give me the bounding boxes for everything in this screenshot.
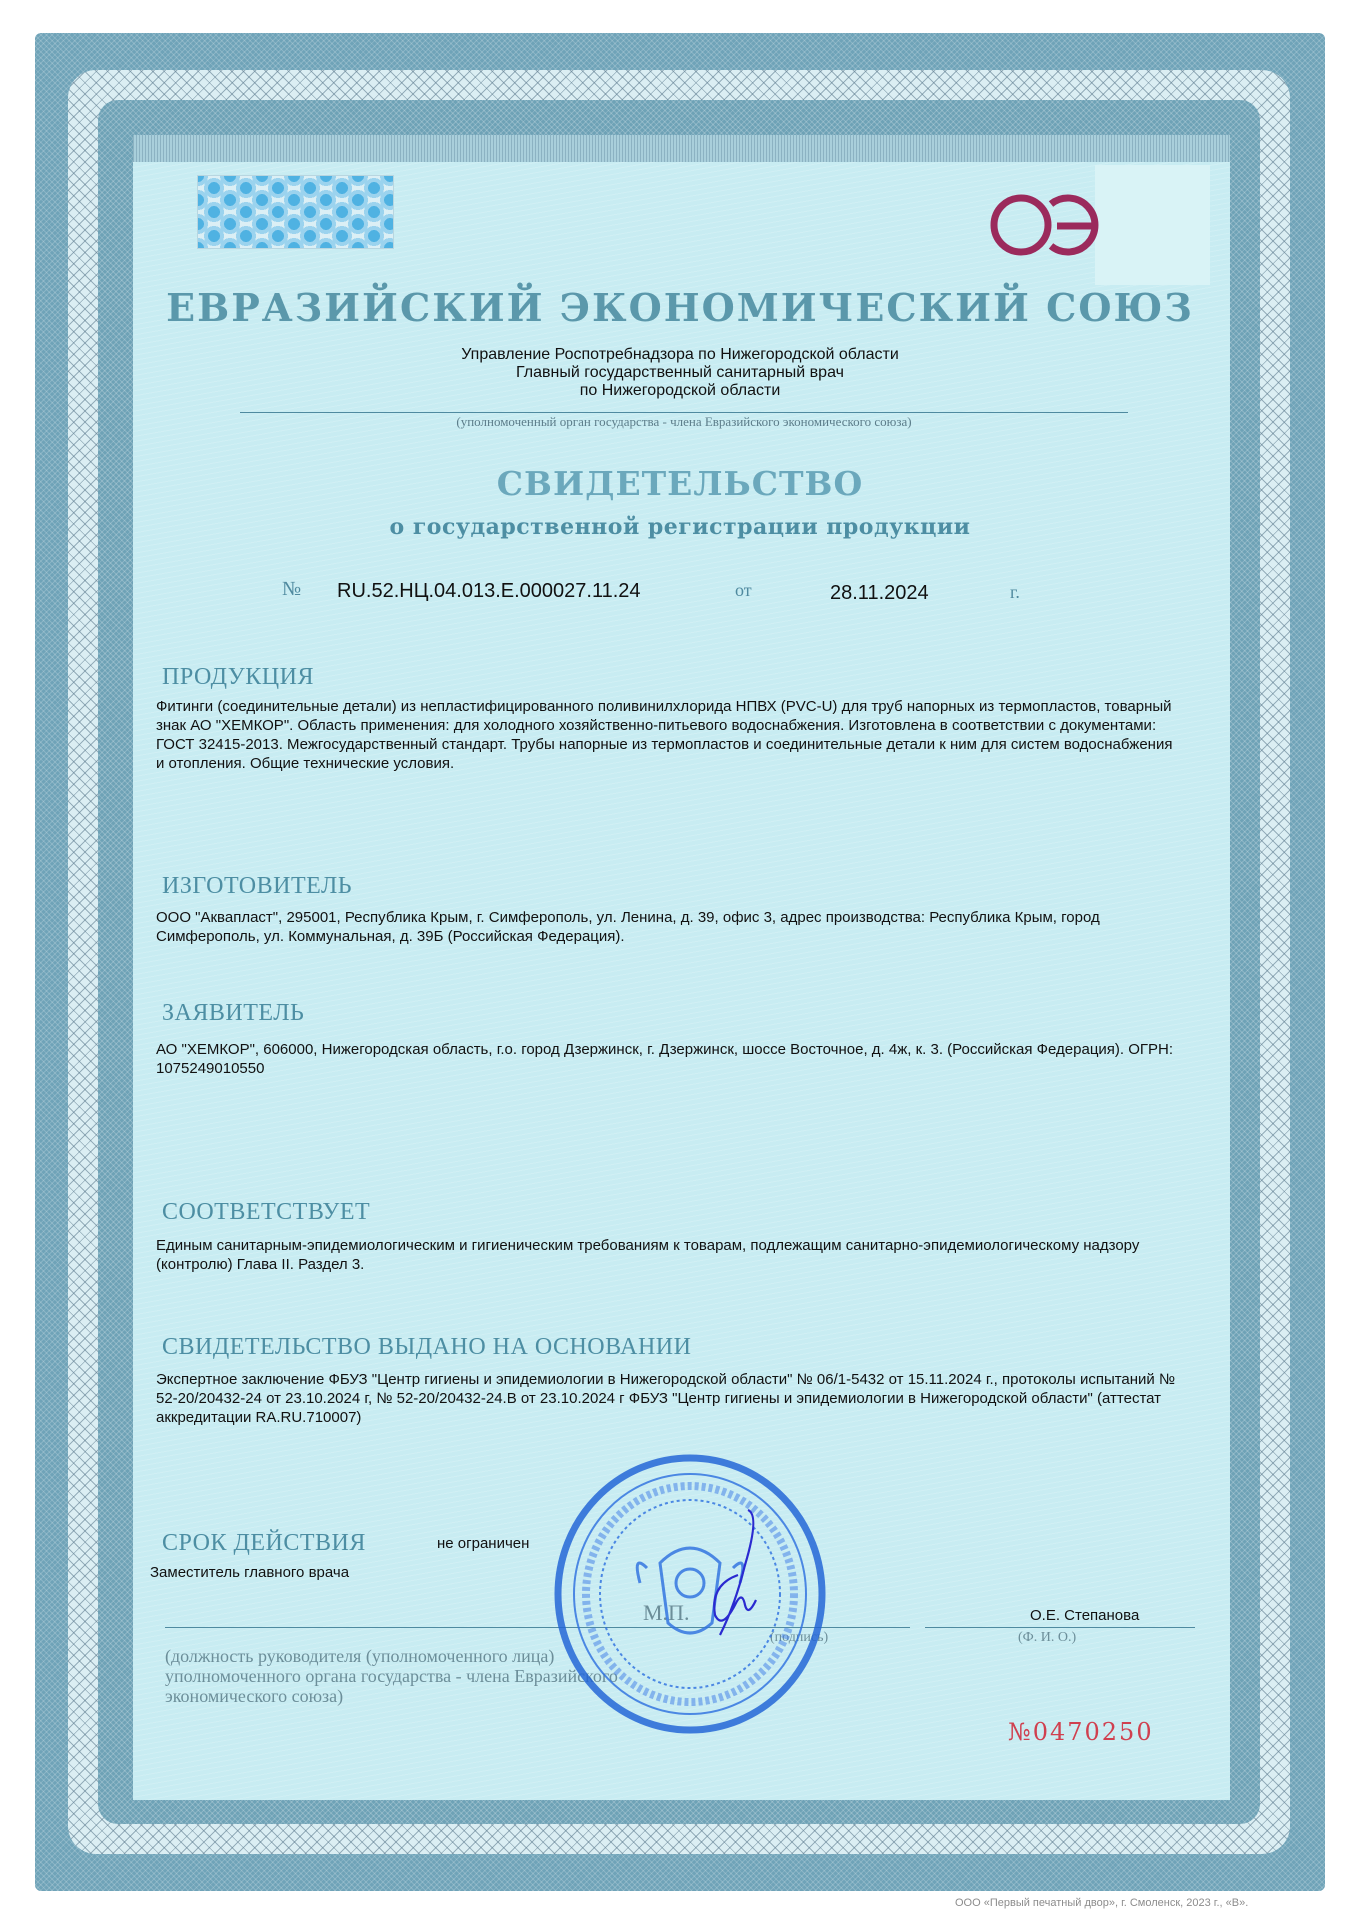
certificate-title: СВИДЕТЕЛЬСТВО [140,464,1220,503]
section-heading-manufacturer: ИЗГОТОВИТЕЛЬ [162,873,352,900]
number-sign: № [282,578,301,601]
section-heading-applicant: ЗАЯВИТЕЛЬ [162,1000,304,1027]
section-text-conforms: Единым санитарным-эпидемиологическим и г… [156,1236,1176,1274]
registration-number: RU.52.НЦ.04.013.Е.000027.11.24 [337,580,641,603]
authority-line: по Нижегородской области [240,382,1120,400]
certificate-subtitle: о государственной регистрации продукции [140,514,1220,540]
form-serial-number: №0470250 [1008,1718,1154,1746]
date-suffix: г. [1010,582,1020,603]
section-heading-conforms: СООТВЕТСТВУЕТ [162,1199,370,1226]
validity-value: не ограничен [437,1535,529,1552]
section-text-basis: Экспертное заключение ФБУЗ "Центр гигиен… [156,1370,1176,1427]
printer-note: ООО «Первый печатный двор», г. Смоленск,… [955,1897,1248,1909]
section-heading-product: ПРОДУКЦИЯ [162,664,314,691]
name-caption: (Ф. И. О.) [1018,1630,1076,1646]
issuing-authority: Управление Роспотребнадзора по Нижегород… [240,346,1120,400]
handwritten-signature-icon [690,1505,770,1665]
union-title: ЕВРАЗИЙСКИЙ ЭКОНОМИЧЕСКИЙ СОЮЗ [140,285,1220,330]
section-text-product: Фитинги (соединительные детали) из непла… [156,697,1176,773]
authority-underline [240,412,1128,413]
signer-name: О.Е. Степанова [1030,1607,1139,1624]
authority-caption: (уполномоченный орган государства - член… [240,414,1128,430]
registration-date: 28.11.2024 [830,582,929,605]
section-text-applicant: АО "ХЕМКОР", 606000, Нижегородская облас… [156,1040,1176,1078]
section-text-manufacturer: ООО "Аквапласт", 295001, Республика Крым… [156,908,1176,946]
hologram-icon [197,175,394,249]
eaeu-conformity-mark-icon [985,190,1105,260]
guilloche-strip [133,135,1230,163]
authority-line: Управление Роспотребнадзора по Нижегород… [240,346,1120,364]
section-heading-validity: СРОК ДЕЙСТВИЯ [162,1530,366,1557]
watermark-area [1095,165,1210,285]
signer-position: Заместитель главного врача [150,1564,349,1581]
authority-line: Главный государственный санитарный врач [240,364,1120,382]
section-heading-basis: СВИДЕТЕЛЬСТВО ВЫДАНО НА ОСНОВАНИИ [162,1334,691,1361]
name-line [925,1627,1195,1628]
date-prefix: от [735,580,752,601]
